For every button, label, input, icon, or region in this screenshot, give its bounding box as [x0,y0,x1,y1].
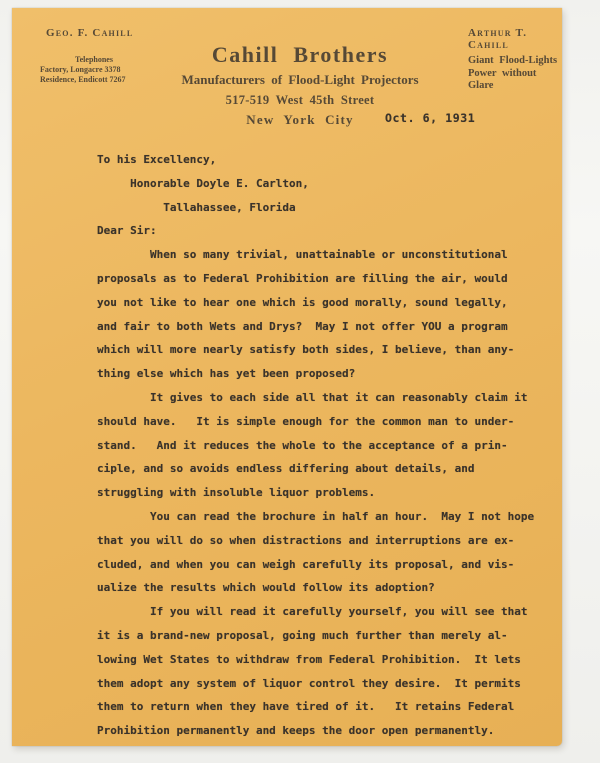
telephone-factory-line: Factory, Longacre 3378 [40,65,148,75]
letter-line: lowing Wet States to withdraw from Feder… [97,648,557,672]
letter-line: stand. And it reduces the whole to the a… [97,434,557,458]
street-address: 517-519 West 45th Street [181,93,418,108]
city-line: New York City [181,112,418,128]
letterhead-telephones: Telephones Factory, Longacre 3378 Reside… [40,55,148,85]
telephones-title: Telephones [40,55,148,65]
letter-line: that you will do so when distractions an… [97,529,557,553]
letter-line: proposals as to Federal Prohibition are … [97,267,557,291]
paragraph-4: If you will read it carefully yourself, … [97,600,557,743]
letter-line: them to return when they have tired of i… [97,695,557,719]
letterhead-left-name: Geo. F. Cahill [46,27,133,39]
recipient-line-3: Tallahassee, Florida [97,196,557,220]
recipient-block: To his Excellency, Honorable Doyle E. Ca… [97,148,557,219]
company-name: Cahill Brothers [181,42,418,68]
letterhead-center: Cahill Brothers Manufacturers of Flood-L… [181,42,418,128]
letter-line: cluded, and when you can weigh carefully… [97,553,557,577]
paragraph-2: It gives to each side all that it can re… [97,386,557,505]
letter-line: If you will read it carefully yourself, … [97,600,557,624]
letter-page: Geo. F. Cahill Arthur T. Cahill Telephon… [12,8,562,746]
letter-line: should have. It is simple enough for the… [97,410,557,434]
letter-line: It gives to each side all that it can re… [97,386,557,410]
letter-line: it is a brand-new proposal, going much f… [97,624,557,648]
recipient-line-2: Honorable Doyle E. Carlton, [97,172,557,196]
letter-line: and fair to both Wets and Drys? May I no… [97,315,557,339]
salutation: Dear Sir: [97,219,557,243]
product-tagline-2: Power without Glare [468,68,562,93]
letter-line: thing else which has yet been proposed? [97,362,557,386]
product-tagline-1: Giant Flood-Lights [468,55,562,68]
letter-line: them adopt any system of liquor control … [97,672,557,696]
letter-line: struggling with insoluble liquor problem… [97,481,557,505]
recipient-line-1: To his Excellency, [97,148,557,172]
letter-line: When so many trivial, unattainable or un… [97,243,557,267]
company-tagline: Manufacturers of Flood-Light Projectors [181,72,418,88]
letter-line: ciple, and so avoids endless differing a… [97,457,557,481]
telephone-residence-line: Residence, Endicott 7267 [40,75,148,85]
letter-body: To his Excellency, Honorable Doyle E. Ca… [97,148,557,743]
paragraph-3: You can read the brochure in half an hou… [97,505,557,600]
letter-line: Prohibition permanently and keeps the do… [97,719,557,743]
letterhead-product-taglines: Giant Flood-Lights Power without Glare [468,55,562,93]
letterhead-right-name: Arthur T. Cahill [468,27,562,51]
paragraph-1: When so many trivial, unattainable or un… [97,243,557,386]
letter-line: You can read the brochure in half an hou… [97,505,557,529]
letter-date: Oct. 6, 1931 [385,111,475,125]
letter-line: ualize the results which would follow it… [97,576,557,600]
letter-line: you not like to hear one which is good m… [97,291,557,315]
letter-line: which will more nearly satisfy both side… [97,338,557,362]
